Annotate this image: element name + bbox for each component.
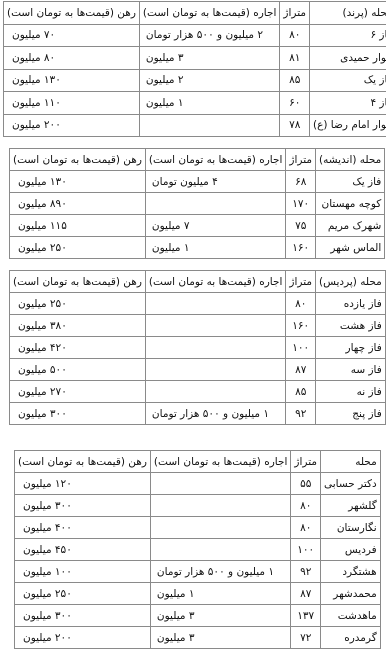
cell-rent: ۳ میلیون [150, 605, 291, 627]
cell-area: ۷۲ [291, 627, 321, 649]
cell-neighborhood: فاز هشت [316, 315, 386, 337]
header-deposit: رهن (قیمت‌ها به تومان است) [10, 271, 146, 293]
cell-area: ۶۰ [280, 92, 310, 115]
cell-neighborhood: گلشهر [321, 495, 381, 517]
cell-deposit: ۱۱۰ میلیون [4, 92, 140, 115]
header-rent: اجاره (قیمت‌ها به تومان است) [145, 149, 286, 171]
cell-area: ۷۵ [286, 215, 316, 237]
cell-deposit: ۸۹۰ میلیون [10, 193, 146, 215]
cell-neighborhood: فاز چهار [316, 337, 386, 359]
cell-deposit: ۱۳۰ میلیون [4, 69, 140, 92]
cell-deposit: ۲۵۰ میلیون [10, 293, 146, 315]
cell-rent [150, 495, 291, 517]
cell-neighborhood: نگارستان [321, 517, 381, 539]
table-row: نگارستان ۸۰ ۴۰۰ میلیون [15, 517, 381, 539]
cell-neighborhood: فردیس [321, 539, 381, 561]
table-row: محمدشهر ۸۷ ۱ میلیون ۲۵۰ میلیون [15, 583, 381, 605]
table-row: گرمدره ۷۲ ۳ میلیون ۲۰۰ میلیون [15, 627, 381, 649]
table-header-row: محله متراژ اجاره (قیمت‌ها به تومان است) … [15, 451, 381, 473]
cell-rent: ۷ میلیون [145, 215, 286, 237]
header-rent: اجاره (قیمت‌ها به تومان است) [150, 451, 291, 473]
cell-neighborhood: فاز ۴ [310, 92, 386, 115]
cell-area: ۱۰۰ [286, 337, 316, 359]
table-header-row: محله (پردیس) متراژ اجاره (قیمت‌ها به توم… [10, 271, 386, 293]
cell-area: ۸۷ [286, 359, 316, 381]
cell-area: ۸۰ [291, 517, 321, 539]
header-area: متراژ [280, 2, 310, 25]
cell-deposit: ۱۳۰ میلیون [10, 171, 146, 193]
cell-area: ۸۰ [280, 24, 310, 47]
cell-deposit: ۲۵۰ میلیون [10, 237, 146, 259]
cell-area: ۱۶۰ [286, 315, 316, 337]
header-deposit: رهن (قیمت‌ها به تومان است) [15, 451, 151, 473]
table-row: شهرک مریم ۷۵ ۷ میلیون ۱۱۵ میلیون [10, 215, 385, 237]
cell-neighborhood: فاز یک [316, 171, 385, 193]
header-area: متراژ [291, 451, 321, 473]
cell-neighborhood: فاز پنج [316, 403, 386, 425]
cell-rent [145, 315, 286, 337]
cell-neighborhood: شهرک مریم [316, 215, 385, 237]
table-row: گلشهر ۸۰ ۳۰۰ میلیون [15, 495, 381, 517]
cell-area: ۸۵ [286, 381, 316, 403]
cell-deposit: ۴۰۰ میلیون [15, 517, 151, 539]
header-neighborhood: محله (پردیس) [316, 271, 386, 293]
table-header-row: محله (اندیشه) متراژ اجاره (قیمت‌ها به تو… [10, 149, 385, 171]
cell-deposit: ۱۲۰ میلیون [15, 473, 151, 495]
cell-rent: ۱ میلیون و ۵۰۰ هزار تومان [145, 403, 286, 425]
rent-table-karaj: محله متراژ اجاره (قیمت‌ها به تومان است) … [14, 450, 381, 649]
header-deposit: رهن (قیمت‌ها به تومان است) [10, 149, 146, 171]
header-neighborhood: محله [321, 451, 381, 473]
cell-deposit: ۳۸۰ میلیون [10, 315, 146, 337]
cell-neighborhood: فاز نه [316, 381, 386, 403]
table-row: فاز چهار ۱۰۰ ۴۲۰ میلیون [10, 337, 386, 359]
table-row: فاز هشت ۱۶۰ ۳۸۰ میلیون [10, 315, 386, 337]
cell-area: ۱۶۰ [286, 237, 316, 259]
cell-deposit: ۱۰۰ میلیون [15, 561, 151, 583]
cell-rent [145, 293, 286, 315]
table-row: بلوار امام رضا (ع) ۷۸ ۲۰۰ میلیون [4, 114, 386, 137]
cell-area: ۸۷ [291, 583, 321, 605]
cell-rent [150, 517, 291, 539]
cell-deposit: ۲۵۰ میلیون [15, 583, 151, 605]
cell-deposit: ۱۱۵ میلیون [10, 215, 146, 237]
table-row: فاز ۴ ۶۰ ۱ میلیون ۱۱۰ میلیون [4, 92, 386, 115]
header-deposit: رهن (قیمت‌ها به تومان است) [4, 2, 140, 25]
cell-rent: ۱ میلیون [145, 237, 286, 259]
cell-neighborhood: هشتگرد [321, 561, 381, 583]
cell-neighborhood: فاز یک [310, 69, 386, 92]
cell-neighborhood: الماس شهر [316, 237, 385, 259]
table-row: فردیس ۱۰۰ ۴۵۰ میلیون [15, 539, 381, 561]
cell-neighborhood: گرمدره [321, 627, 381, 649]
cell-rent [139, 114, 280, 137]
cell-area: ۸۰ [286, 293, 316, 315]
cell-rent [145, 337, 286, 359]
table-row: الماس شهر ۱۶۰ ۱ میلیون ۲۵۰ میلیون [10, 237, 385, 259]
cell-area: ۷۸ [280, 114, 310, 137]
cell-deposit: ۵۰۰ میلیون [10, 359, 146, 381]
cell-rent: ۱ میلیون [139, 92, 280, 115]
header-area: متراژ [286, 271, 316, 293]
table-row: فاز یک ۶۸ ۴ میلیون تومان ۱۳۰ میلیون [10, 171, 385, 193]
cell-area: ۵۵ [291, 473, 321, 495]
cell-neighborhood: ماهدشت [321, 605, 381, 627]
cell-area: ۱۷۰ [286, 193, 316, 215]
cell-rent [145, 381, 286, 403]
cell-neighborhood: کوچه مهستان [316, 193, 385, 215]
cell-neighborhood: بلوار امام رضا (ع) [310, 114, 386, 137]
cell-rent [150, 473, 291, 495]
cell-deposit: ۴۲۰ میلیون [10, 337, 146, 359]
table-row: دکتر حسابی ۵۵ ۱۲۰ میلیون [15, 473, 381, 495]
cell-deposit: ۳۰۰ میلیون [15, 495, 151, 517]
table-row: فاز ۶ ۸۰ ۲ میلیون و ۵۰۰ هزار تومان ۷۰ می… [4, 24, 386, 47]
table-header-row: محله (پرند) متراژ اجاره (قیمت‌ها به توما… [4, 2, 386, 25]
rent-table-parand: محله (پرند) متراژ اجاره (قیمت‌ها به توما… [3, 1, 386, 137]
table-row: بلوار حمیدی ۸۱ ۳ میلیون ۸۰ میلیون [4, 47, 386, 70]
table-row: فاز نه ۸۵ ۲۷۰ میلیون [10, 381, 386, 403]
cell-neighborhood: فاز ۶ [310, 24, 386, 47]
cell-deposit: ۴۵۰ میلیون [15, 539, 151, 561]
table-row: فاز یک ۸۵ ۲ میلیون ۱۳۰ میلیون [4, 69, 386, 92]
table-row: کوچه مهستان ۱۷۰ ۸۹۰ میلیون [10, 193, 385, 215]
cell-neighborhood: فاز سه [316, 359, 386, 381]
cell-rent: ۳ میلیون [150, 627, 291, 649]
cell-neighborhood: محمدشهر [321, 583, 381, 605]
cell-deposit: ۲۰۰ میلیون [4, 114, 140, 137]
cell-area: ۱۳۷ [291, 605, 321, 627]
header-neighborhood: محله (پرند) [310, 2, 386, 25]
header-rent: اجاره (قیمت‌ها به تومان است) [139, 2, 280, 25]
header-area: متراژ [286, 149, 316, 171]
cell-rent: ۴ میلیون تومان [145, 171, 286, 193]
cell-area: ۹۲ [286, 403, 316, 425]
cell-area: ۱۰۰ [291, 539, 321, 561]
cell-neighborhood: فاز یازده [316, 293, 386, 315]
cell-deposit: ۸۰ میلیون [4, 47, 140, 70]
cell-area: ۸۰ [291, 495, 321, 517]
cell-rent [150, 539, 291, 561]
cell-deposit: ۷۰ میلیون [4, 24, 140, 47]
table-row: هشتگرد ۹۲ ۱ میلیون و ۵۰۰ هزار تومان ۱۰۰ … [15, 561, 381, 583]
cell-deposit: ۲۰۰ میلیون [15, 627, 151, 649]
table-row: فاز یازده ۸۰ ۲۵۰ میلیون [10, 293, 386, 315]
cell-area: ۶۸ [286, 171, 316, 193]
table-row: ماهدشت ۱۳۷ ۳ میلیون ۳۰۰ میلیون [15, 605, 381, 627]
header-neighborhood: محله (اندیشه) [316, 149, 385, 171]
rent-table-andisheh: محله (اندیشه) متراژ اجاره (قیمت‌ها به تو… [9, 148, 385, 259]
header-rent: اجاره (قیمت‌ها به تومان است) [145, 271, 286, 293]
cell-area: ۹۲ [291, 561, 321, 583]
cell-deposit: ۳۰۰ میلیون [15, 605, 151, 627]
cell-rent: ۱ میلیون [150, 583, 291, 605]
cell-rent [145, 359, 286, 381]
cell-deposit: ۲۷۰ میلیون [10, 381, 146, 403]
cell-neighborhood: بلوار حمیدی [310, 47, 386, 70]
cell-rent: ۱ میلیون و ۵۰۰ هزار تومان [150, 561, 291, 583]
cell-area: ۸۵ [280, 69, 310, 92]
cell-rent [145, 193, 286, 215]
cell-neighborhood: دکتر حسابی [321, 473, 381, 495]
cell-rent: ۳ میلیون [139, 47, 280, 70]
cell-deposit: ۳۰۰ میلیون [10, 403, 146, 425]
cell-rent: ۲ میلیون و ۵۰۰ هزار تومان [139, 24, 280, 47]
cell-rent: ۲ میلیون [139, 69, 280, 92]
table-row: فاز سه ۸۷ ۵۰۰ میلیون [10, 359, 386, 381]
table-row: فاز پنج ۹۲ ۱ میلیون و ۵۰۰ هزار تومان ۳۰۰… [10, 403, 386, 425]
cell-area: ۸۱ [280, 47, 310, 70]
rent-table-pardis: محله (پردیس) متراژ اجاره (قیمت‌ها به توم… [9, 270, 386, 425]
